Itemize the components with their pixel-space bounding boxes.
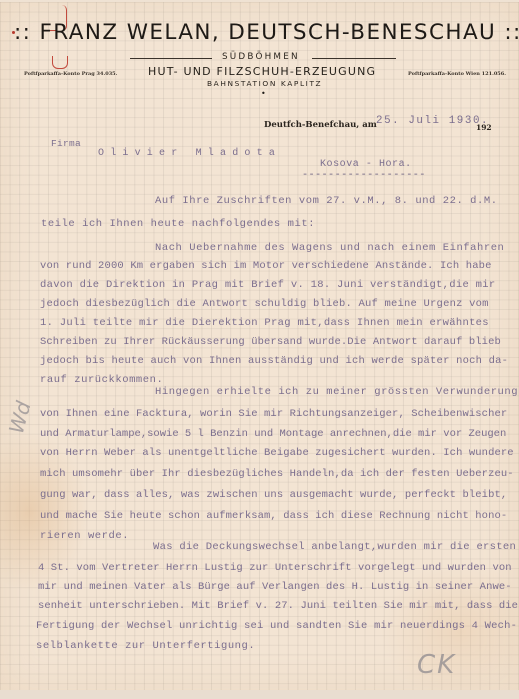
body-line: Fertigung der Wechsel unrichtig sei und … [36, 620, 517, 632]
body-line: teile ich Ihnen heute nachfolgendes mit: [41, 218, 315, 230]
body-line: Was die Deckungswechsel anbelangt,wurden… [153, 541, 516, 553]
body-line: selblankette zur Unterfertigung. [36, 640, 255, 652]
letterhead-station: BAHNSTATION KAPLITZ [207, 79, 322, 88]
letterhead-rule-left [130, 58, 212, 59]
body-line: von rund 2000 Km ergaben sich im Motor v… [40, 260, 492, 272]
body-line: 1. Juli teilte mir die Dierektion Prag m… [40, 317, 489, 329]
body-line: mir und meinen Vater als Bürge auf Verla… [38, 581, 512, 593]
body-line: mich umsomehr über Ihr diesbezügliches H… [40, 468, 514, 480]
body-line: rauf zurückkommen. [40, 374, 163, 386]
letterhead-rule-right [312, 58, 396, 59]
body-line: rieren werde. [40, 530, 129, 542]
body-line: Schreiben zu Ihrer Rückäusserung übersan… [40, 336, 501, 348]
place-printed: Deutfch-Benefchau, am [264, 120, 377, 130]
body-line: und Armaturlampe,sowie 5 l Benzin und Mo… [40, 428, 506, 440]
body-line: Auf Ihre Zuschriften vom 27. v.M., 8. un… [155, 195, 498, 207]
year-prefix: 192 [476, 123, 492, 132]
body-line: jedoch diesbezüglich die Antwort schuldi… [40, 298, 489, 310]
body-line: Hingegen erhielte ich zu meiner grössten… [155, 386, 518, 398]
letterhead-region: SÜDBÖHMEN [222, 52, 300, 62]
body-line: jedoch bis heute auch von Ihnen ausständ… [40, 355, 508, 367]
body-line: von Herrn Weber als unentgeltliche Beiga… [40, 447, 514, 459]
body-line: 4 St. vom Vertreter Herrn Lustig zur Unt… [38, 562, 512, 574]
letterhead-bullet: • [261, 89, 266, 98]
body-line: senheit unterschrieben. Mit Brief v. 27.… [38, 600, 518, 612]
body-line: und mache Sie heute schon aufmerksam, da… [40, 510, 507, 522]
letter-date: 25. Juli 1930. [376, 115, 489, 127]
postal-account-wien: Poftfparkaffa-Konto Wien 121.056. [408, 71, 506, 77]
pencil-initials: CK [417, 650, 456, 680]
recipient-location: Kosova - Hora. [320, 159, 412, 170]
letterhead-title: :: FRANZ WELAN, DEUTSCH-BENESCHAU :: [14, 20, 519, 45]
body-line: von Ihnen eine Facktura, worin Sie mir R… [40, 408, 507, 420]
body-line: davon die Direktion in Prag mit Brief v.… [40, 279, 495, 291]
letterhead-trade: HUT- UND FILZSCHUH-ERZEUGUNG [148, 65, 376, 78]
body-line: Nach Uebernahme des Wagens und nach eine… [155, 242, 504, 254]
recipient-name: Olivier Mladota [98, 148, 281, 159]
recipient-label: Firma [51, 138, 81, 149]
paper-bottom-edge [0, 690, 519, 699]
recipient-underline: ------------------- [302, 170, 426, 181]
red-pencil-bracket-bottom [52, 56, 68, 69]
body-line: gung war, dass alles, was zwischen uns a… [40, 489, 507, 501]
postal-account-prag: Poftfparkaffa-Konto Prag 34.035. [24, 71, 117, 77]
